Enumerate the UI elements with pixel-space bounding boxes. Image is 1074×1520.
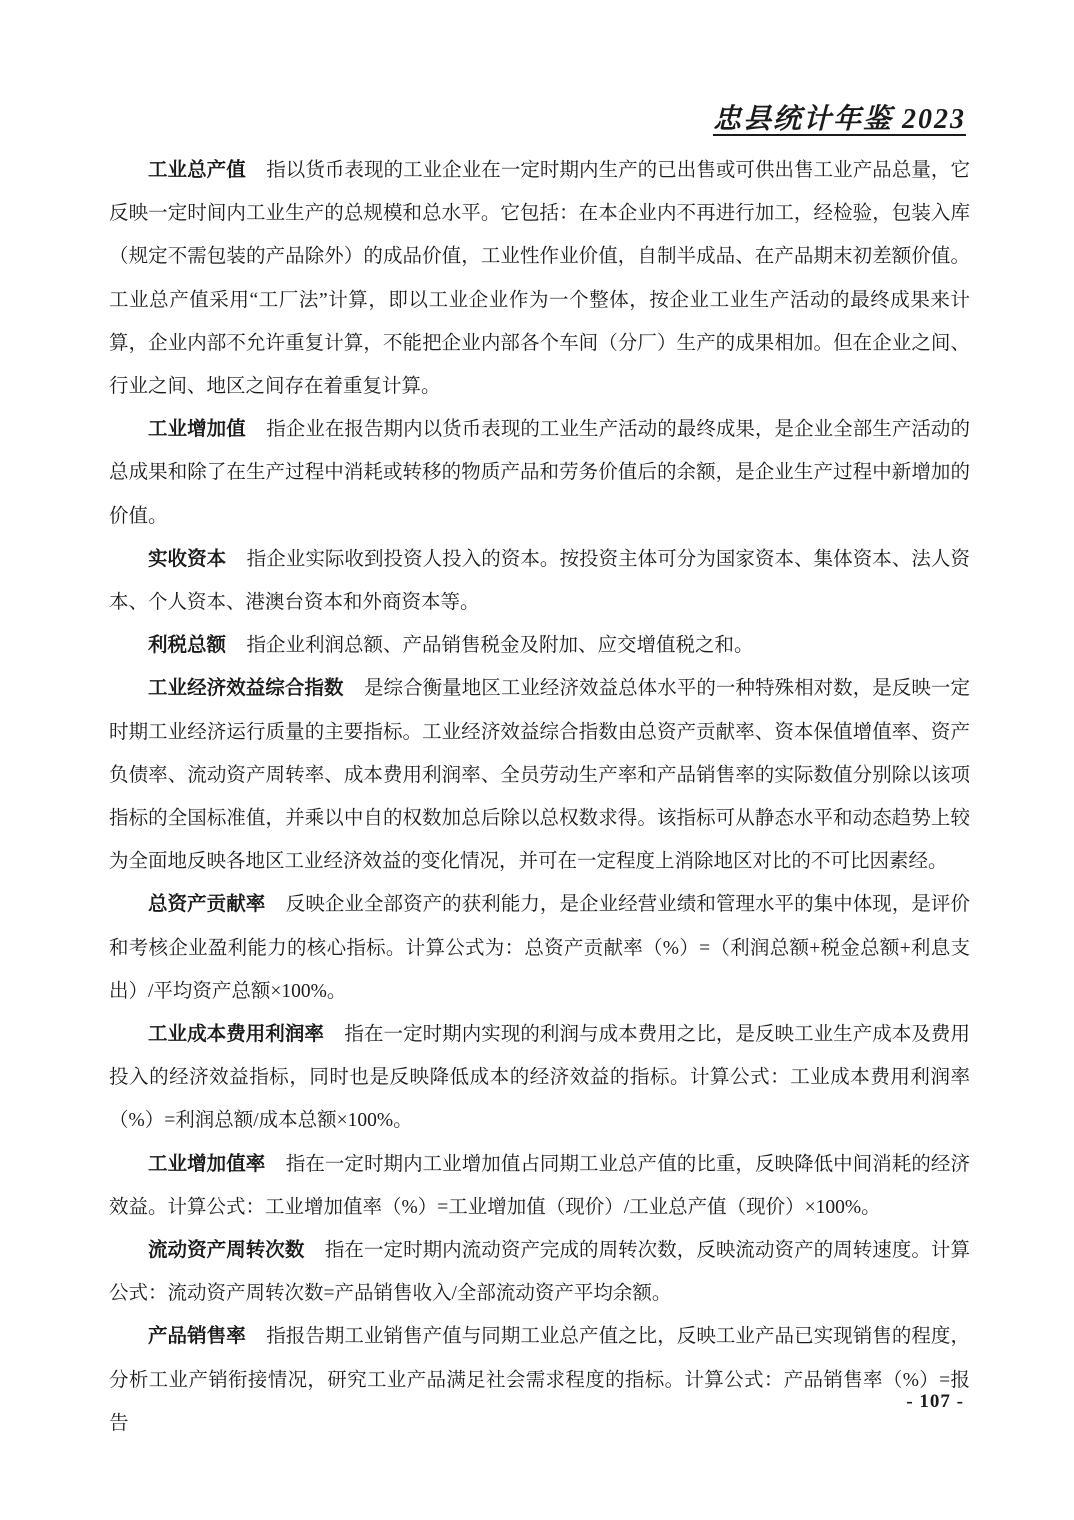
term-label: 总资产贡献率 <box>148 893 265 915</box>
definition-paragraph: 工业增加值指企业在报告期内以货币表现的工业生产活动的最终成果，是企业全部生产活动… <box>109 408 970 538</box>
definition-paragraph: 工业成本费用利润率指在一定时期内实现的利润与成本费用之比，是反映工业生产成本及费… <box>109 1013 970 1143</box>
definition-paragraph: 工业增加值率指在一定时期内工业增加值占同期工业总产值的比重，反映降低中间消耗的经… <box>109 1143 970 1229</box>
definition-paragraph: 总资产贡献率反映企业全部资产的获利能力，是企业经营业绩和管理水平的集中体现，是评… <box>109 883 970 1013</box>
definition-paragraph: 实收资本指企业实际收到投资人投入的资本。按投资主体可分为国家资本、集体资本、法人… <box>109 538 970 624</box>
yearbook-page: 忠县统计年鉴 2023 工业总产值指以货币表现的工业企业在一定时期内生产的已出售… <box>0 0 1074 1520</box>
definition-paragraph: 工业总产值指以货币表现的工业企业在一定时期内生产的已出售或可供出售工业产品总量，… <box>109 149 970 408</box>
page-header-title: 忠县统计年鉴 2023 <box>713 97 966 137</box>
term-label: 利税总额 <box>148 634 226 656</box>
definition-paragraph: 流动资产周转次数指在一定时期内流动资产完成的周转次数，反映流动资产的周转速度。计… <box>109 1229 970 1315</box>
page-number: - 107 - <box>906 1391 964 1413</box>
term-label: 工业增加值率 <box>148 1153 265 1175</box>
term-label: 工业经济效益综合指数 <box>148 677 344 699</box>
term-label: 产品销售率 <box>148 1325 246 1347</box>
definition-paragraph: 工业经济效益综合指数是综合衡量地区工业经济效益总体水平的一种特殊相对数，是反映一… <box>109 667 970 883</box>
term-label: 流动资产周转次数 <box>148 1239 304 1261</box>
definition-text: 指企业利润总额、产品销售税金及附加、应交增值税之和。 <box>246 635 753 656</box>
definition-paragraph: 利税总额指企业利润总额、产品销售税金及附加、应交增值税之和。 <box>109 624 970 667</box>
definition-paragraph: 产品销售率指报告期工业销售产值与同期工业总产值之比，反映工业产品已实现销售的程度… <box>109 1315 970 1445</box>
definition-text: 是综合衡量地区工业经济效益总体水平的一种特殊相对数，是反映一定时期工业经济运行质… <box>109 678 970 872</box>
term-label: 工业总产值 <box>148 159 246 181</box>
definition-text: 指以货币表现的工业企业在一定时期内生产的已出售或可供出售工业产品总量，它反映一定… <box>109 160 970 397</box>
definition-text: 指企业实际收到投资人投入的资本。按投资主体可分为国家资本、集体资本、法人资本、个… <box>109 549 970 613</box>
term-label: 实收资本 <box>148 548 226 570</box>
term-label: 工业增加值 <box>148 418 246 440</box>
definitions-list: 工业总产值指以货币表现的工业企业在一定时期内生产的已出售或可供出售工业产品总量，… <box>109 149 970 1445</box>
term-label: 工业成本费用利润率 <box>148 1023 324 1045</box>
